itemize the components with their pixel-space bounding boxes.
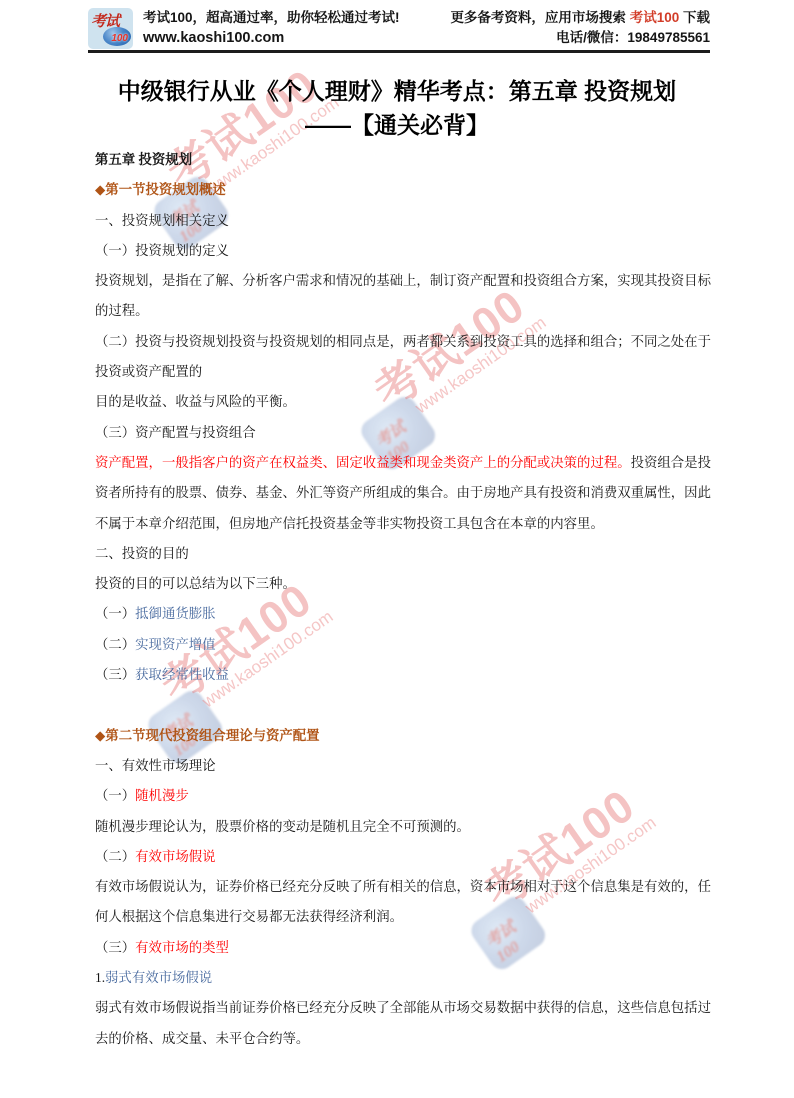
body-line: 何人根据这个信息集进行交易都无法获得经济利润。 [95,902,717,932]
body-line: 有效市场假说认为，证券价格已经充分反映了所有相关的信息，资本市场相对于这个信息集… [95,872,717,902]
header-divider [88,50,710,53]
body-line: 随机漫步理论认为，股票价格的变动是随机且完全不可预测的。 [95,812,717,842]
document-page: 考试100 考试100 www.kaoshi100.com 考试100 考试10… [0,0,794,1098]
body-line: （三）资产配置与投资组合 [95,418,717,448]
header-right-text: 更多备考资料，应用市场搜索 考试100 下载 电话/微信：19849785561 [450,8,710,48]
page-title: 中级银行从业《个人理财》精华考点：第五章 投资规划 ——【通关必背】 [0,74,794,142]
body-line: 投资或资产配置的 [95,357,717,387]
body-line: （一）投资规划的定义 [95,236,717,266]
title-line-1: 中级银行从业《个人理财》精华考点：第五章 投资规划 [0,74,794,108]
body-line: 1.弱式有效市场假说 [95,963,717,993]
body-line: 资者所持有的股票、债券、基金、外汇等资产所组成的集合。由于房地产具有投资和消费双… [95,478,717,508]
body-line: （一）随机漫步 [95,781,717,811]
kaoshi100-logo-icon: 考试 100 [88,8,133,49]
body-line: （二）实现资产增值 [95,630,717,660]
body-line: （三）有效市场的类型 [95,933,717,963]
body-line: （一）抵御通货膨胀 [95,599,717,629]
header-promo: 更多备考资料，应用市场搜索 考试100 下载 [450,8,710,28]
body-line: （三）获取经常性收益 [95,660,717,690]
body-line: （二）投资与投资规划投资与投资规划的相同点是，两者都关系到投资工具的选择和组合；… [95,327,717,357]
body-line: 二、投资的目的 [95,539,717,569]
body-line: 目的是收益、收益与风险的平衡。 [95,387,717,417]
header-slogan: 考试100，超高通过率，助你轻松通过考试! [143,8,400,28]
body-line: 投资的目的可以总结为以下三种。 [95,569,717,599]
body-line: （二）有效市场假说 [95,842,717,872]
section-heading: ◆第二节现代投资组合理论与资产配置 [95,721,717,751]
body-line: 弱式有效市场假说指当前证券价格已经充分反映了全部能从市场交易数据中获得的信息，这… [95,993,717,1023]
body-line: 投资规划，是指在了解、分析客户需求和情况的基础上，制订资产配置和投资组合方案，实… [95,266,717,296]
header-promo-brand: 考试100 [630,10,680,25]
header-website: www.kaoshi100.com [143,28,400,48]
body-line: 的过程。 [95,296,717,326]
header-contact: 电话/微信：19849785561 [450,28,710,48]
title-line-2: ——【通关必背】 [0,108,794,142]
body-line: 去的价格、成交量、未平仓合约等。 [95,1024,717,1054]
body-line: 一、投资规划相关定义 [95,206,717,236]
body-line: 一、有效性市场理论 [95,751,717,781]
page-header: 考试 100 考试100，超高通过率，助你轻松通过考试! www.kaoshi1… [88,7,710,51]
header-left-text: 考试100，超高通过率，助你轻松通过考试! www.kaoshi100.com [143,8,400,48]
body-line: 资产配置，一般指客户的资产在权益类、固定收益类和现金类资产上的分配或决策的过程。… [95,448,717,478]
body-line: 不属于本章介绍范围，但房地产信托投资基金等非实物投资工具包含在本章的内容里。 [95,509,717,539]
logo-100-text: 100 [111,33,128,44]
section-heading: ◆第一节投资规划概述 [95,175,717,205]
chapter-heading: 第五章 投资规划 [95,145,717,175]
spacer-line [95,690,717,720]
document-body: 第五章 投资规划 ◆第一节投资规划概述 一、投资规划相关定义 （一）投资规划的定… [95,145,717,1054]
